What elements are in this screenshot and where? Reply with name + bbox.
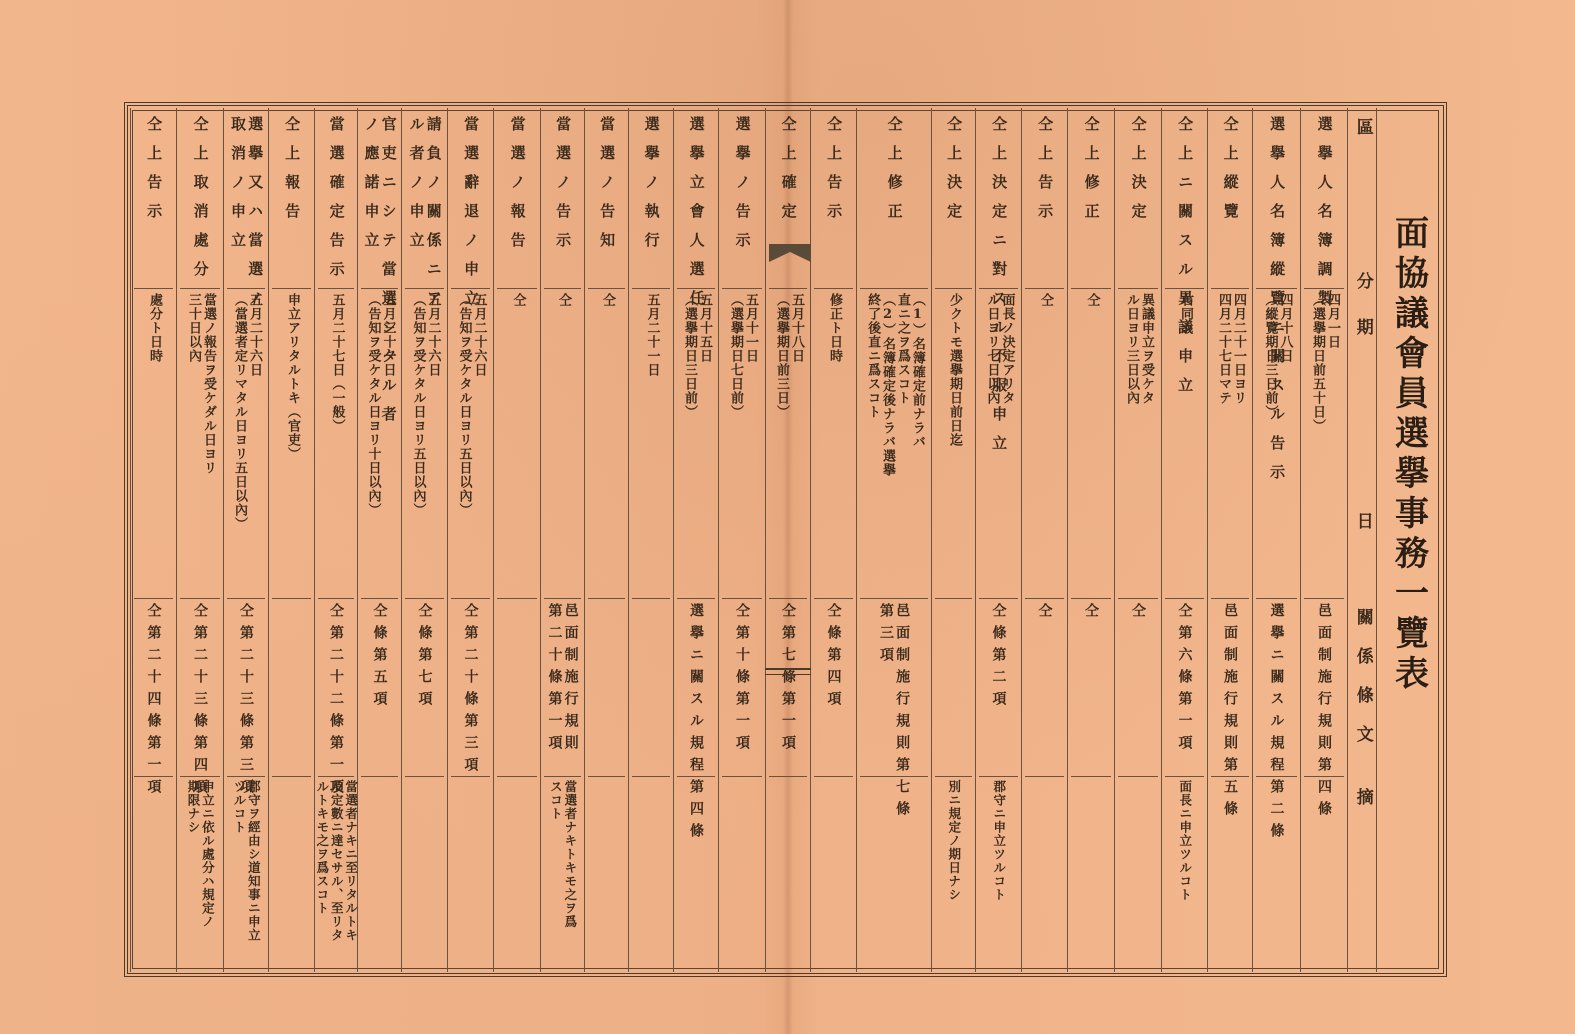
header-label-column: 區 分 期 日 關係條文 摘 要 — [1347, 108, 1377, 972]
category-cell-text: 當選ノ報告 — [508, 116, 525, 286]
row-divider — [227, 598, 265, 599]
row-divider — [405, 288, 444, 289]
date-cell-text: 四月十八日 （縱覽期日三日前） — [1262, 293, 1292, 593]
article-cell-text: 仝第十條第一項 — [734, 603, 750, 773]
date-cell-text: 少クトモ選擧期日前日迄 — [946, 293, 961, 593]
row-divider — [814, 288, 853, 289]
category-cell: 官吏ニシテ當選シタル者 ノ應諾申立 — [358, 116, 401, 286]
row-divider — [1025, 776, 1064, 777]
date-cell-text: 處分ト日時 — [146, 293, 161, 593]
category-cell-text: 選擧又ハ當選ノ 取消ノ申立 — [229, 116, 264, 286]
article-cell-text: 選擧ニ關スル規程第四條 — [688, 603, 704, 773]
row-divider — [860, 598, 928, 599]
date-cell-text: 修正ト日時 — [826, 293, 841, 593]
date-cell: 五月十一日 （選擧期日七日前） — [719, 293, 765, 593]
article-cell-text: 仝第二十三條第三項 — [238, 603, 254, 773]
article-cell-text: 仝條第四項 — [825, 603, 841, 773]
category-cell: 選擧又ハ當選ノ 取消ノ申立 — [224, 116, 268, 286]
summary-cell: 當選者ナキトキモ之ヲ爲 スコト — [541, 780, 584, 970]
date-cell: 五月三十一日 （告知ヲ受ケタル日ヨリ十日以內） — [358, 293, 401, 593]
row-divider — [1304, 598, 1344, 599]
category-cell: 仝上決定 — [932, 116, 975, 286]
article-cell: 仝第二十四條第一項 — [131, 603, 176, 773]
date-cell: 右同シ — [1162, 293, 1207, 593]
article-cell-text: 邑面制施行規則 第二十條第一項 — [546, 603, 578, 773]
row-divider — [1165, 776, 1204, 777]
article-cell-text: 仝第二十四條第一項 — [145, 603, 161, 773]
category-cell-text: 當選ノ告示 — [554, 116, 571, 286]
row-divider — [769, 598, 807, 599]
category-cell-text: 仝上取消處分 — [191, 116, 208, 286]
schedule-column: 當選ノ告示仝邑面制施行規則 第二十條第一項當選者ナキトキモ之ヲ爲 スコト — [540, 108, 584, 972]
date-cell: 仝 — [585, 293, 628, 593]
category-cell-text: 仝上報告 — [283, 116, 300, 286]
date-label-cell: 期 日 — [1348, 298, 1376, 588]
date-cell: 四月一日 （選擧期日前五十日） — [1301, 293, 1347, 593]
row-divider — [497, 288, 537, 289]
article-cell: 仝第二十條第三項 — [448, 603, 493, 773]
row-divider — [1211, 776, 1249, 777]
date-cell-text: 五月三十一日 （告知ヲ受ケタル日ヨリ十日以內） — [365, 293, 395, 593]
row-divider — [632, 288, 670, 289]
article-cell — [932, 603, 975, 773]
article-cell: 選擧ニ關スル規程第二條 — [1253, 603, 1300, 773]
row-divider — [544, 288, 581, 289]
date-cell: 五月二十一日 — [629, 293, 673, 593]
schedule-column: 仝上告示仝仝 — [1021, 108, 1067, 972]
category-cell-text: 選擧人名簿縱覽ニ關スル告示 — [1268, 116, 1285, 286]
date-cell-text: 仝 — [599, 293, 614, 593]
row-divider — [227, 288, 265, 289]
schedule-column: 仝上決定少クトモ選擧期日前日迄別ニ規定ノ期日ナシ — [931, 108, 975, 972]
row-divider — [1071, 598, 1111, 599]
row-divider — [1071, 288, 1111, 289]
schedule-column: 仝上取消處分當選ノ報告ヲ受ケダル日ヨリ 三十日以內仝第二十三條第四項申立ニ依ル處… — [176, 108, 223, 972]
date-cell: 當選ノ報告ヲ受ケダル日ヨリ 三十日以內 — [177, 293, 223, 593]
date-cell-text: 五月十八日 （選擧期日前三日） — [773, 293, 803, 593]
category-cell: 選擧立會人選任 — [674, 116, 718, 286]
article-cell: 邑面制施行規則第五條 — [1208, 603, 1252, 773]
schedule-column: 選擧ノ執行五月二十一日 — [628, 108, 673, 972]
schedule-column: 仝上決定異議申立ヲ受ケタ ル日ヨリ三日以內仝 — [1114, 108, 1161, 972]
article-cell: 仝第十條第一項 — [719, 603, 765, 773]
summary-cell — [131, 780, 176, 970]
article-cell-text: 仝第二十條第三項 — [462, 603, 478, 773]
row-divider — [361, 288, 398, 289]
category-cell: 仝上決定ニ對スル不服申立 — [976, 116, 1021, 286]
date-cell-text: 五月二十六日 （當選者定リマタル日ヨリ五日以內） — [231, 293, 261, 593]
schedule-column: 仝上告示處分ト日時仝第二十四條第一項 — [130, 108, 176, 972]
row-divider — [1304, 776, 1344, 777]
category-cell: 選擧ノ告示 — [719, 116, 765, 286]
article-cell-text: 仝第七條第一項 — [780, 603, 796, 773]
row-divider — [544, 598, 581, 599]
date-cell: 五月二十六日 （告知ヲ受ケタル日ヨリ五日以內） — [402, 293, 447, 593]
date-cell: 申立アリタルトキ（官吏） — [269, 293, 314, 593]
date-cell-text: 四月一日 （選擧期日前五十日） — [1309, 293, 1339, 593]
row-divider — [722, 288, 762, 289]
article-cell-text: 選擧ニ關スル規程第二條 — [1268, 603, 1284, 773]
article-cell: 仝 — [1068, 603, 1114, 773]
row-divider — [361, 776, 398, 777]
schedule-column: 請負ノ關係ニア ル者ノ申立五月二十六日 （告知ヲ受ケタル日ヨリ五日以內）仝條第七… — [401, 108, 447, 972]
article-label-cell: 關係條文 — [1348, 608, 1376, 748]
row-divider — [860, 776, 928, 777]
date-cell-text: 五月二十六日 （告知ヲ受ケタル日ヨリ五日以內） — [456, 293, 486, 593]
section-label-cell: 區 分 — [1348, 118, 1376, 283]
row-divider — [1071, 776, 1111, 777]
row-divider — [1118, 598, 1158, 599]
schedule-column: 仝上決定ニ對スル不服申立面長ノ決定アリタ ル日ヨリ七日以內仝條第二項郡守ニ申立ツ… — [975, 108, 1021, 972]
summary-cell: 申立ニ依ル處分ハ規定ノ 期限ナシ — [177, 780, 223, 970]
article-cell: 仝 — [1115, 603, 1161, 773]
category-cell-text: 官吏ニシテ當選シタル者 ノ應諾申立 — [362, 116, 397, 286]
category-cell-text: 仝上告示 — [1036, 116, 1053, 286]
summary-cell — [674, 780, 718, 970]
article-cell: 仝第六條第一項 — [1162, 603, 1207, 773]
summary-cell-text: 當選者ナキトキモ之ヲ爲 スコト — [548, 780, 577, 970]
date-cell: 五月十五日 （選擧期日三日前） — [674, 293, 718, 593]
category-cell: 當選ノ告示 — [541, 116, 584, 286]
category-cell: 選擧ノ執行 — [629, 116, 673, 286]
category-cell: 仝上告示 — [131, 116, 176, 286]
date-cell: 修正ト日時 — [811, 293, 856, 593]
summary-cell-text: 面長ニ申立ツルコト — [1177, 780, 1191, 970]
date-cell: 五月二十六日 （告知ヲ受ケタル日ヨリ五日以內） — [448, 293, 493, 593]
date-cell: （1）名簿確定前ナラバ 直ニ之ヲ爲スコト （2）名簿確定後ナラバ選擧 終了後直ニ… — [857, 293, 931, 593]
article-cell-text: 仝 — [1083, 603, 1099, 773]
article-cell: 仝第二十三條第四項 — [177, 603, 223, 773]
row-divider — [318, 288, 354, 289]
article-cell-text: 仝第二十三條第四項 — [192, 603, 208, 773]
row-divider — [1165, 288, 1204, 289]
row-divider — [180, 288, 220, 289]
row-divider — [814, 776, 853, 777]
category-cell-text: 仝上決定ニ對スル不服申立 — [990, 116, 1007, 286]
article-cell: 仝第七條第一項 — [766, 603, 810, 773]
schedule-column: 仝上修正仝仝 — [1067, 108, 1114, 972]
row-divider — [451, 288, 490, 289]
article-cell: 邑面制施行規則 第二十條第一項 — [541, 603, 584, 773]
row-divider — [318, 598, 354, 599]
category-cell-text: 仝上修正 — [1082, 116, 1099, 286]
category-cell-text: 選擧人名簿調製 — [1315, 116, 1332, 286]
schedule-column: 選擧人名簿縱覽ニ關スル告示四月十八日 （縱覽期日三日前）選擧ニ關スル規程第二條 — [1252, 108, 1300, 972]
date-cell: 五月二十七日（一般） — [315, 293, 357, 593]
row-divider — [405, 598, 444, 599]
date-cell-text: 面長ノ決定アリタ ル日ヨリ七日以內 — [984, 293, 1014, 593]
schedule-column: 仝上報告申立アリタルトキ（官吏） — [268, 108, 314, 972]
schedule-column: 選擧又ハ當選ノ 取消ノ申立五月二十六日 （當選者定リマタル日ヨリ五日以內）仝第二… — [223, 108, 268, 972]
schedule-column: 仝上修正（1）名簿確定前ナラバ 直ニ之ヲ爲スコト （2）名簿確定後ナラバ選擧 終… — [856, 108, 931, 972]
row-divider — [1025, 288, 1064, 289]
summary-cell — [494, 780, 540, 970]
row-divider — [272, 288, 311, 289]
category-cell: 仝上告示 — [811, 116, 856, 286]
category-cell-text: 仝上縱覽 — [1221, 116, 1238, 286]
row-divider — [1211, 598, 1249, 599]
row-divider — [544, 776, 581, 777]
schedule-column: 仝上ニ關スル異議申立右同シ仝第六條第一項面長ニ申立ツルコト — [1161, 108, 1207, 972]
schedule-column: 當選ノ告知仝 — [584, 108, 628, 972]
category-cell-text: 選擧ノ執行 — [642, 116, 659, 286]
summary-cell-text: 郡守ニ申立ツルコト — [991, 780, 1005, 970]
row-divider — [632, 598, 670, 599]
row-divider — [1256, 776, 1297, 777]
summary-cell — [358, 780, 401, 970]
date-cell: 少クトモ選擧期日前日迄 — [932, 293, 975, 593]
date-cell: 五月十八日 （選擧期日前三日） — [766, 293, 810, 593]
summary-cell-text: 當選者ナキニ至リタルトキ 及定數ニ達セサル、至リタ ルトキモ之ヲ爲スコト — [314, 780, 357, 970]
date-cell-text: 五月二十六日 （告知ヲ受ケタル日ヨリ五日以內） — [410, 293, 440, 593]
row-divider — [979, 288, 1018, 289]
row-divider — [814, 598, 853, 599]
row-divider — [227, 776, 265, 777]
category-cell-text: 仝上決定 — [945, 116, 962, 286]
date-cell-text: 四月二十一日ヨリ 四月二十七日マテ — [1215, 293, 1245, 593]
row-divider — [180, 598, 220, 599]
date-cell-text: 五月十五日 （選擧期日三日前） — [681, 293, 711, 593]
category-cell-text: 當選辭退ノ申立 — [462, 116, 479, 286]
row-divider — [588, 288, 625, 289]
summary-cell: 郡守ヲ經由シ道知事ニ申立 ツルコト — [224, 780, 268, 970]
summary-cell: 郡守ニ申立ツルコト — [976, 780, 1021, 970]
article-cell-text: 仝條第七項 — [416, 603, 432, 773]
summary-cell — [629, 780, 673, 970]
category-cell: 當選確定告示 — [315, 116, 357, 286]
article-cell — [494, 603, 540, 773]
category-cell-text: 當選ノ告知 — [598, 116, 615, 286]
row-divider — [1118, 288, 1158, 289]
article-cell: 選擧ニ關スル規程第四條 — [674, 603, 718, 773]
row-divider — [677, 288, 715, 289]
row-divider — [361, 598, 398, 599]
category-cell-text: 仝上決定 — [1129, 116, 1146, 286]
article-cell-text: 仝 — [1036, 603, 1052, 773]
category-cell-text: 選擧ノ告示 — [733, 116, 750, 286]
row-divider — [1211, 288, 1249, 289]
row-divider — [180, 776, 220, 777]
date-cell-text: 五月二十七日（一般） — [329, 293, 344, 593]
row-divider — [935, 598, 972, 599]
row-divider — [1256, 288, 1297, 289]
category-cell: 仝上縱覽 — [1208, 116, 1252, 286]
date-cell-text: 仝 — [555, 293, 570, 593]
date-cell: 面長ノ決定アリタ ル日ヨリ七日以內 — [976, 293, 1021, 593]
article-cell: 仝第二十二條第一項 — [315, 603, 357, 773]
article-cell — [629, 603, 673, 773]
date-cell-text: 申立アリタルトキ（官吏） — [284, 293, 299, 593]
category-cell: 當選ノ告知 — [585, 116, 628, 286]
category-cell-text: 選擧立會人選任 — [687, 116, 704, 286]
row-divider — [134, 776, 173, 777]
row-divider — [722, 598, 762, 599]
category-cell: 當選辭退ノ申立 — [448, 116, 493, 286]
category-cell: 仝上告示 — [1022, 116, 1067, 286]
category-cell: 仝上修正 — [1068, 116, 1114, 286]
article-cell-text: 邑面制施行規則第五條 — [1222, 603, 1238, 773]
schedule-column: 選擧人名簿調製四月一日 （選擧期日前五十日）邑面制施行規則第四條 — [1300, 108, 1347, 972]
article-cell-text: 仝條第五項 — [371, 603, 387, 773]
summary-cell — [857, 780, 931, 970]
row-divider — [722, 776, 762, 777]
summary-cell — [1068, 780, 1114, 970]
row-divider — [677, 776, 715, 777]
row-divider — [497, 598, 537, 599]
row-divider — [405, 776, 444, 777]
category-cell-text: 請負ノ關係ニア ル者ノ申立 — [407, 116, 442, 286]
article-cell-text: 仝第二十二條第一項 — [328, 603, 344, 773]
category-cell: 請負ノ關係ニア ル者ノ申立 — [402, 116, 447, 286]
summary-cell: 別ニ規定ノ期日ナシ — [932, 780, 975, 970]
row-divider — [497, 776, 537, 777]
summary-cell — [1253, 780, 1300, 970]
row-divider — [935, 288, 972, 289]
summary-cell — [766, 780, 810, 970]
date-cell-text: 五月二十一日 — [644, 293, 659, 593]
row-divider — [1025, 598, 1064, 599]
category-cell-text: 仝上告示 — [145, 116, 162, 286]
date-cell: 仝 — [1068, 293, 1114, 593]
date-cell: 五月二十六日 （當選者定リマタル日ヨリ五日以內） — [224, 293, 268, 593]
category-cell-text: 仝上修正 — [885, 116, 902, 286]
date-cell-text: 當選ノ報告ヲ受ケダル日ヨリ 三十日以內 — [185, 293, 215, 593]
date-cell-text: 異議申立ヲ受ケタ ル日ヨリ三日以內 — [1123, 293, 1153, 593]
row-divider — [677, 598, 715, 599]
row-divider — [588, 776, 625, 777]
summary-cell — [811, 780, 856, 970]
summary-cell: 當選者ナキニ至リタルトキ 及定數ニ達セサル、至リタ ルトキモ之ヲ爲スコト — [315, 780, 357, 970]
summary-cell — [1301, 780, 1347, 970]
article-cell: 邑面制施行規則第四條 — [1301, 603, 1347, 773]
schedule-column: 當選ノ報告仝 — [493, 108, 540, 972]
row-divider — [632, 776, 670, 777]
center-fold-marker-icon — [769, 244, 811, 268]
date-cell: 四月二十一日ヨリ 四月二十七日マテ — [1208, 293, 1252, 593]
article-cell — [269, 603, 314, 773]
summary-cell-text: 申立ニ依ル處分ハ規定ノ 期限ナシ — [186, 780, 215, 970]
schedule-column: 仝上告示修正ト日時仝條第四項 — [810, 108, 856, 972]
summary-label-cell: 摘 要 — [1348, 758, 1376, 968]
row-divider — [1165, 598, 1204, 599]
date-cell: 異議申立ヲ受ケタ ル日ヨリ三日以內 — [1115, 293, 1161, 593]
row-divider — [451, 776, 490, 777]
summary-cell: 面長ニ申立ツルコト — [1162, 780, 1207, 970]
row-divider — [134, 598, 173, 599]
summary-cell-text: 郡守ヲ經由シ道知事ニ申立 ツルコト — [232, 780, 261, 970]
article-cell: 仝條第二項 — [976, 603, 1021, 773]
date-cell: 仝 — [541, 293, 584, 593]
article-cell: 仝條第五項 — [358, 603, 401, 773]
category-cell: 選擧人名簿調製 — [1301, 116, 1347, 286]
row-divider — [588, 598, 625, 599]
summary-cell — [1208, 780, 1252, 970]
row-divider — [318, 776, 354, 777]
row-divider — [769, 776, 807, 777]
date-cell: 仝 — [1022, 293, 1067, 593]
category-cell-text: 當選確定告示 — [327, 116, 344, 286]
date-cell-text: （1）名簿確定前ナラバ 直ニ之ヲ爲スコト （2）名簿確定後ナラバ選擧 終了後直ニ… — [864, 293, 924, 593]
article-cell-text: 仝第六條第一項 — [1176, 603, 1192, 773]
summary-cell — [719, 780, 765, 970]
article-cell: 仝條第四項 — [811, 603, 856, 773]
category-cell-text: 仝上告示 — [825, 116, 842, 286]
row-divider — [451, 598, 490, 599]
article-cell: 仝 — [1022, 603, 1067, 773]
date-cell-text: 五月十一日 （選擧期日七日前） — [727, 293, 757, 593]
schedule-column: 當選辭退ノ申立五月二十六日 （告知ヲ受ケタル日ヨリ五日以內）仝第二十條第三項 — [447, 108, 493, 972]
article-cell — [585, 603, 628, 773]
date-cell: 仝 — [494, 293, 540, 593]
row-divider — [979, 776, 1018, 777]
date-cell-text: 右同シ — [1177, 293, 1192, 593]
article-cell-text: 仝條第二項 — [990, 603, 1006, 773]
category-cell: 仝上ニ關スル異議申立 — [1162, 116, 1207, 286]
category-cell: 選擧人名簿縱覽ニ關スル告示 — [1253, 116, 1300, 286]
summary-cell — [269, 780, 314, 970]
date-cell-text: 仝 — [1037, 293, 1052, 593]
article-cell-text: 仝 — [1130, 603, 1146, 773]
center-rule — [765, 668, 811, 675]
row-divider — [935, 776, 972, 777]
schedule-column: 仝上縱覽四月二十一日ヨリ 四月二十七日マテ邑面制施行規則第五條 — [1207, 108, 1252, 972]
summary-cell — [1022, 780, 1067, 970]
schedule-column: 選擧立會人選任五月十五日 （選擧期日三日前）選擧ニ關スル規程第四條 — [673, 108, 718, 972]
row-divider — [1118, 776, 1158, 777]
article-cell: 邑面制施行規則第七條 第三項 — [857, 603, 931, 773]
category-cell: 仝上決定 — [1115, 116, 1161, 286]
row-divider — [979, 598, 1018, 599]
row-divider — [860, 288, 928, 289]
schedule-column: 當選確定告示五月二十七日（一般）仝第二十二條第一項當選者ナキニ至リタルトキ 及定… — [314, 108, 357, 972]
summary-cell — [402, 780, 447, 970]
category-cell: 仝上修正 — [857, 116, 931, 286]
row-divider — [769, 288, 807, 289]
article-cell: 仝條第七項 — [402, 603, 447, 773]
date-cell-text: 仝 — [1084, 293, 1099, 593]
summary-cell — [448, 780, 493, 970]
schedule-column: 仝上確定五月十八日 （選擧期日前三日）仝第七條第一項 — [765, 108, 810, 972]
summary-cell — [1115, 780, 1161, 970]
row-divider — [134, 288, 173, 289]
row-divider — [1256, 598, 1297, 599]
date-cell-text: 仝 — [510, 293, 525, 593]
row-divider — [1304, 288, 1344, 289]
category-cell: 仝上取消處分 — [177, 116, 223, 286]
article-cell: 仝第二十三條第三項 — [224, 603, 268, 773]
article-cell-text: 邑面制施行規則第四條 — [1316, 603, 1332, 773]
date-cell: 處分ト日時 — [131, 293, 176, 593]
date-cell: 四月十八日 （縱覽期日三日前） — [1253, 293, 1300, 593]
category-cell-text: 仝上ニ關スル異議申立 — [1176, 116, 1193, 286]
schedule-column: 選擧ノ告示五月十一日 （選擧期日七日前）仝第十條第一項 — [718, 108, 765, 972]
article-cell-text: 邑面制施行規則第七條 第三項 — [878, 603, 910, 773]
category-cell: 仝上報告 — [269, 116, 314, 286]
category-cell: 當選ノ報告 — [494, 116, 540, 286]
row-divider — [272, 598, 311, 599]
summary-cell — [585, 780, 628, 970]
row-divider — [272, 776, 311, 777]
schedule-column: 官吏ニシテ當選シタル者 ノ應諾申立五月三十一日 （告知ヲ受ケタル日ヨリ十日以內）… — [357, 108, 401, 972]
summary-cell-text: 別ニ規定ノ期日ナシ — [946, 780, 960, 970]
